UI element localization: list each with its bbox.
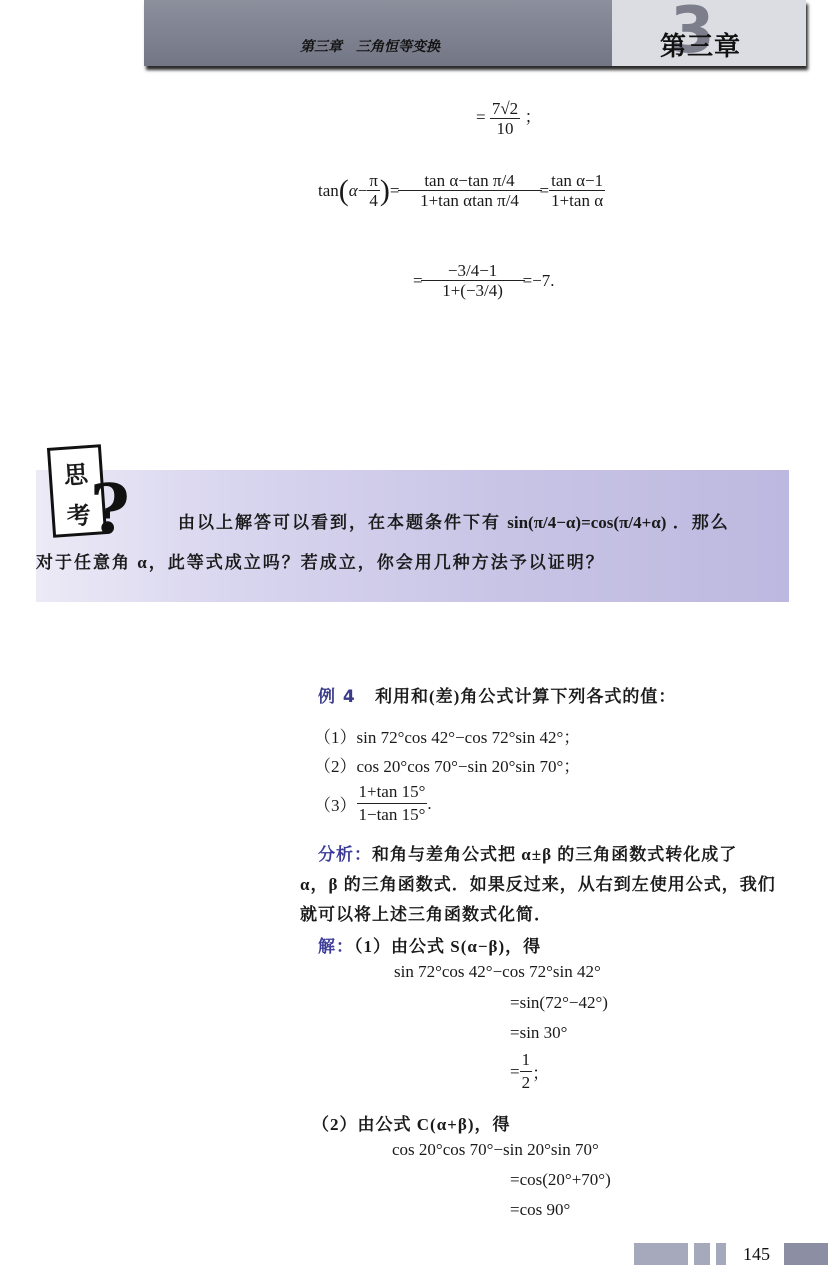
part1-step-2: =sin(72°−42°) xyxy=(510,993,608,1013)
part2-step-1: cos 20°cos 70°−sin 20°sin 70° xyxy=(392,1140,599,1160)
solution-part2-intro: （2）由公式 C(α+β)，得 xyxy=(312,1110,510,1135)
analysis-line-2: α，β 的三角函数式．如果反过来，从右到左使用公式，我们 xyxy=(300,870,776,895)
part1-step-1: sin 72°cos 42°−cos 72°sin 42° xyxy=(394,962,601,982)
part1-result: = 12 ； xyxy=(510,1050,549,1093)
example-item-3: （3） 1+tan 15°1−tan 15° . xyxy=(314,782,432,825)
part2-step-2: =cos(20°+70°) xyxy=(510,1170,611,1190)
example-item-1: （1）sin 72°cos 42°−cos 72°sin 42°； xyxy=(314,723,580,748)
think-text-line-1: 由以上解答可以看到，在本题条件下有 sin(π/4−α)=cos(π/4+α) … xyxy=(178,508,730,533)
example-heading: 例 4 利用和(差)角公式计算下列各式的值： xyxy=(318,682,676,707)
example-tag: 例 4 xyxy=(318,687,356,707)
math-line-3: = −3/4−11+(−3/4) =−7. xyxy=(413,262,555,299)
think-text-line-2: 对于任意角 α，此等式成立吗？若成立，你会用几种方法予以证明？ xyxy=(36,548,605,573)
running-title: 第三章 三角恒等变换 xyxy=(300,36,440,56)
math-line-1: = 7√210 ； xyxy=(476,100,541,137)
chapter-label: 第三章 xyxy=(660,26,741,63)
page-number: 145 xyxy=(743,1244,770,1265)
footer-bar-1 xyxy=(634,1243,688,1265)
think-box-background xyxy=(36,470,789,602)
part1-step-3: =sin 30° xyxy=(510,1023,567,1043)
analysis-line-3: 就可以将上述三角函数式化简． xyxy=(300,900,552,925)
footer-bar-3 xyxy=(716,1243,726,1265)
solution-part1-intro: 解：（1）由公式 S(α−β)，得 xyxy=(318,932,541,957)
question-mark-icon: ? xyxy=(90,470,130,550)
analysis-line-1: 分析：和角与差角公式把 α±β 的三角函数式转化成了 xyxy=(318,840,737,865)
math-line-2: tan(α− π4) = tan α−tan π/41+tan αtan π/4… xyxy=(318,172,605,209)
example-item-2: （2）cos 20°cos 70°−sin 20°sin 70°； xyxy=(314,752,580,777)
footer-bar-2 xyxy=(694,1243,710,1265)
footer-bar-4 xyxy=(784,1243,828,1265)
part2-step-3: =cos 90° xyxy=(510,1200,570,1220)
